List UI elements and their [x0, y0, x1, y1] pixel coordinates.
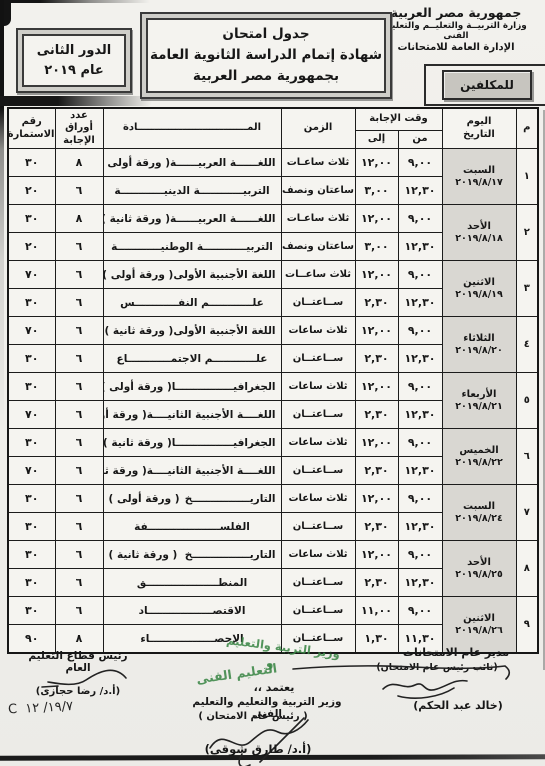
- answer-sheets-cell: ٦: [55, 345, 103, 373]
- form-number-cell: ٣٠: [8, 541, 55, 569]
- day-date: ٢٠١٩/٨/٢١: [443, 401, 516, 412]
- serial-cell: ٨: [516, 541, 538, 597]
- serial-cell: ٦: [516, 429, 538, 485]
- answer-sheets-cell: ٦: [55, 457, 103, 485]
- day-name: الأربعاء: [443, 389, 516, 400]
- time-from-cell: ١٢,٣٠: [398, 345, 442, 373]
- time-to-cell: ٣,٠٠: [355, 233, 398, 261]
- subject-line: اللغــــة الأجنبية الثانيــــة( ورقة أول…: [104, 409, 281, 421]
- subject-cell: اللغة الأجنبية الأولى( ورقة ثانية ): [103, 317, 281, 345]
- form-number-cell: ٣٠: [8, 569, 55, 597]
- time-from-cell: ٩,٠٠: [398, 541, 442, 569]
- subject-note: ( ورقة أولى ): [103, 157, 170, 169]
- answer-sheets-cell: ٦: [55, 401, 103, 429]
- subject-line: اللغة الأجنبية الأولى( ورقة أولى ): [104, 269, 281, 281]
- day-name: الاثنين: [443, 277, 516, 288]
- subject-note: ( ورقة ثانية ): [109, 549, 178, 561]
- subject-line: التاريــــــــــــــــخ( ورقة ثانية ): [104, 549, 281, 561]
- subject-cell: التربيــــــــــــة الدينيــــــــــــة: [103, 177, 281, 205]
- duration-cell: ثلاث ساعات: [281, 541, 355, 569]
- duration-cell: ثلاث ساعـات: [281, 205, 355, 233]
- subject-note: ( ورقة ثانية ): [103, 437, 172, 449]
- exam-title-box-inner: جدول امتحان شهادة إتمام الدراسة الثانوية…: [146, 18, 386, 93]
- subject-note: ( ورقة ثانية ): [104, 325, 173, 337]
- exam-day-row: ٢الأحد٢٠١٩/٨/١٨٩,٠٠١٢,٠٠ثلاث ساعـاتاللغـ…: [8, 205, 538, 233]
- exam-day-row: ٥الأربعاء٢٠١٩/٨/٢١٩,٠٠١٢,٠٠ثلاث ساعاتالج…: [8, 373, 538, 401]
- form-number-cell: ٩٠: [8, 625, 55, 654]
- day-date-cell: الاثنين٢٠١٩/٨/٢٦: [442, 597, 516, 654]
- day-name: السبت: [443, 501, 516, 512]
- duration-cell: ســاعتــان: [281, 597, 355, 625]
- exam-schedule-table: م اليوم التاريخ وقت الإجابة الزمن المـــ…: [7, 107, 539, 654]
- subject-line: التاريــــــــــــــــخ( ورقة أولى ): [104, 493, 281, 505]
- subject-name: التاريــــــــــــــــخ: [185, 549, 276, 561]
- exam-title-line1: جدول امتحان: [148, 24, 384, 45]
- subject-note: ( ورقة ثانية ): [103, 465, 147, 477]
- duration-cell: ثلاث ساعــات: [281, 261, 355, 289]
- time-from-cell: ١٢,٣٠: [398, 289, 442, 317]
- answer-sheets-cell: ٨: [55, 205, 103, 233]
- ministry-heading: جمهورية مصر العربية وزارة التربيــة والت…: [372, 5, 540, 53]
- exam-day-row: ٤الثلاثاء٢٠١٩/٨/٢٠٩,٠٠١٢,٠٠ثلاث ساعاتالل…: [8, 317, 538, 345]
- time-to-cell: ١١,٠٠: [355, 597, 398, 625]
- answer-sheets-cell: ٦: [55, 569, 103, 597]
- duration-cell: ساعتان ونصف: [281, 233, 355, 261]
- document-page: جمهورية مصر العربية وزارة التربيــة والت…: [0, 0, 545, 766]
- subject-cell: التاريــــــــــــــــخ( ورقة أولى ): [103, 485, 281, 513]
- day-name: السبت: [443, 165, 516, 176]
- answer-sheets-cell: ٦: [55, 541, 103, 569]
- form-number-cell: ٣٠: [8, 289, 55, 317]
- duration-cell: ســاعتــان: [281, 513, 355, 541]
- day-date: ٢٠١٩/٨/١٧: [443, 177, 516, 188]
- time-from-cell: ١٢,٣٠: [398, 457, 442, 485]
- form-number-cell: ٣٠: [8, 373, 55, 401]
- answer-sheets-cell: ٦: [55, 373, 103, 401]
- time-from-cell: ١٢,٣٠: [398, 177, 442, 205]
- time-to-cell: ٢,٣٠: [355, 513, 398, 541]
- duration-cell: ثلاث ساعات: [281, 373, 355, 401]
- time-to-cell: ٢,٣٠: [355, 401, 398, 429]
- time-from-cell: ٩,٠٠: [398, 261, 442, 289]
- day-date-cell: الأحد٢٠١٩/٨/٢٥: [442, 541, 516, 597]
- serial-cell: ٣: [516, 261, 538, 317]
- time-to-cell: ٢,٣٠: [355, 569, 398, 597]
- day-name: الاثنين: [443, 613, 516, 624]
- subject-name: التربيــــــــــــة الوطنيــــــــــــة: [111, 241, 273, 253]
- subject-cell: الفلســــــــــــــــــــفة: [103, 513, 281, 541]
- exam-day-row: ٣الاثنين٢٠١٩/٨/١٩٩,٠٠١٢,٠٠ثلاث ساعــاتال…: [8, 261, 538, 289]
- header-duration: الزمن: [281, 108, 355, 149]
- subject-note: ( ورقة أولى ): [103, 269, 173, 281]
- header-time-from: من: [398, 131, 442, 149]
- subject-line: اللغــــة الأجنبية الثانيــــة( ورقة ثان…: [104, 465, 281, 477]
- exams-director-name: (خالد عبد الحكم): [406, 699, 510, 712]
- form-number-cell: ٣٠: [8, 485, 55, 513]
- day-name: الثلاثاء: [443, 333, 516, 344]
- serial-cell: ٩: [516, 597, 538, 654]
- subject-name: الجغرافيــــــــــــــــا: [172, 437, 276, 449]
- header-answer-sheets: عدد أوراق الإجابة: [55, 108, 103, 149]
- exam-title-box: جدول امتحان شهادة إتمام الدراسة الثانوية…: [140, 12, 392, 99]
- duration-cell: ســاعتــان: [281, 289, 355, 317]
- subject-cell: المنطــــــــــــــــــــق: [103, 569, 281, 597]
- form-number-cell: ٣٠: [8, 345, 55, 373]
- subject-name: التربيــــــــــــة الدينيــــــــــــة: [114, 185, 269, 197]
- subject-name: الفلســــــــــــــــــــفة: [134, 521, 250, 533]
- answer-sheets-cell: ٦: [55, 485, 103, 513]
- subject-name: اللغــــــة العربيــــــة: [170, 213, 275, 225]
- time-to-cell: ١٢,٠٠: [355, 429, 398, 457]
- time-from-cell: ١٢,٣٠: [398, 233, 442, 261]
- exam-title-line2: شهادة إتمام الدراسة الثانوية العامة: [148, 45, 384, 66]
- subject-line: المنطــــــــــــــــــــق: [104, 577, 281, 589]
- serial-cell: ٧: [516, 485, 538, 541]
- duration-cell: ســاعتــان: [281, 569, 355, 597]
- subject-name: علــــــــــــم الاجتمــــــــــــاع: [117, 353, 268, 365]
- exam-table-body: ١السبت٢٠١٩/٨/١٧٩,٠٠١٢,٠٠ثلاث ساعـاتاللغـ…: [8, 149, 538, 654]
- handwritten-date: C ١٩/٧/ ١٢: [8, 696, 139, 718]
- header-subject: المــــــــــــــــــــــــــــــــادة: [103, 108, 281, 149]
- time-to-cell: ١٢,٠٠: [355, 317, 398, 345]
- subject-note: ( ورقة أولى ): [103, 381, 172, 393]
- administration-name: الإدارة العامة للامتحانات: [372, 42, 540, 53]
- day-date: ٢٠١٩/٨/٢٥: [443, 569, 516, 580]
- form-number-cell: ٣٠: [8, 597, 55, 625]
- answer-sheets-cell: ٦: [55, 261, 103, 289]
- duration-cell: ثلاث ساعات: [281, 485, 355, 513]
- scan-top-edge: [0, 0, 150, 3]
- subject-cell: اللغــــة الأجنبية الثانيــــة( ورقة ثان…: [103, 457, 281, 485]
- subject-note: ( ورقة ثانية ): [103, 213, 170, 225]
- subject-cell: علــــــــــــم الاجتمــــــــــــاع: [103, 345, 281, 373]
- round-box-inner: الدور الثانى عام ٢٠١٩: [22, 34, 126, 87]
- form-number-cell: ٧٠: [8, 457, 55, 485]
- time-to-cell: ٣,٠٠: [355, 177, 398, 205]
- subject-cell: اللغــــــة العربيــــــة( ورقة ثانية ): [103, 205, 281, 233]
- subject-cell: اللغــــة الأجنبية الثانيــــة( ورقة أول…: [103, 401, 281, 429]
- day-date-cell: الثلاثاء٢٠١٩/٨/٢٠: [442, 317, 516, 373]
- subject-line: التربيــــــــــــة الوطنيــــــــــــة: [104, 241, 281, 253]
- minister-signature: [202, 714, 342, 764]
- header-answer-time: وقت الإجابة: [355, 108, 442, 131]
- form-number-cell: ٧٠: [8, 317, 55, 345]
- subject-note: ( ورقة أولى ): [103, 409, 147, 421]
- round-line1: الدور الثانى: [24, 41, 124, 61]
- subject-line: علــــــــــــم النفــــــــــــس: [104, 297, 281, 309]
- republic-name: جمهورية مصر العربية: [372, 5, 540, 20]
- form-number-cell: ٣٠: [8, 205, 55, 233]
- header-form-number: رقم الاستمارة: [8, 108, 55, 149]
- form-number-cell: ٣٠: [8, 149, 55, 177]
- answer-sheets-cell: ٨: [55, 149, 103, 177]
- form-number-cell: ٧٠: [8, 401, 55, 429]
- day-date-cell: الاثنين٢٠١٩/٨/١٩: [442, 261, 516, 317]
- day-date-cell: الأحد٢٠١٩/٨/١٨: [442, 205, 516, 261]
- day-date: ٢٠١٩/٨/٢٠: [443, 345, 516, 356]
- serial-cell: ١: [516, 149, 538, 205]
- subject-name: اللغــــة الأجنبية الثانيــــة: [147, 409, 276, 421]
- duration-cell: ســاعتــان: [281, 345, 355, 373]
- time-from-cell: ١٢,٣٠: [398, 401, 442, 429]
- time-from-cell: ٩,٠٠: [398, 317, 442, 345]
- subject-name: اللغــــة الأجنبية الثانيــــة: [147, 465, 276, 477]
- ministry-name: وزارة التربيــة والتعليــم والتعليم الفن…: [372, 21, 540, 41]
- day-date-cell: السبت٢٠١٩/٨/٢٤: [442, 485, 516, 541]
- answer-sheets-cell: ٦: [55, 317, 103, 345]
- form-number-cell: ٢٠: [8, 233, 55, 261]
- time-to-cell: ٢,٣٠: [355, 457, 398, 485]
- subject-name: الجغرافيــــــــــــــــا: [172, 381, 276, 393]
- round-box: الدور الثانى عام ٢٠١٩: [16, 28, 132, 93]
- subject-name: اللغة الأجنبية الأولى: [173, 325, 275, 337]
- header-serial: م: [516, 108, 538, 149]
- time-to-cell: ١٢,٠٠: [355, 373, 398, 401]
- subject-name: علــــــــــــم النفــــــــــــس: [120, 297, 264, 309]
- table-header: م اليوم التاريخ وقت الإجابة الزمن المـــ…: [8, 108, 538, 149]
- subject-line: الجغرافيــــــــــــــــا( ورقة ثانية ): [104, 437, 281, 449]
- subject-cell: التربيــــــــــــة الوطنيــــــــــــة: [103, 233, 281, 261]
- serial-cell: ٥: [516, 373, 538, 429]
- assignees-label: للمكلفين: [442, 70, 532, 100]
- day-date: ٢٠١٩/٨/٢٦: [443, 625, 516, 636]
- approval-label: يعتمد ،،: [244, 681, 304, 694]
- time-to-cell: ١٢,٠٠: [355, 261, 398, 289]
- subject-cell: الجغرافيــــــــــــــــا( ورقة أولى ): [103, 373, 281, 401]
- scan-shadow-band: [0, 96, 152, 106]
- minister-name: (أ.د/ طارق شوقى): [198, 742, 318, 756]
- time-from-cell: ٩,٠٠: [398, 373, 442, 401]
- subject-name: الاقتصــــــــــــــــــاد: [139, 605, 246, 617]
- exam-title-line3: بجمهورية مصر العربية: [148, 66, 384, 87]
- duration-cell: ثلاث ساعات: [281, 429, 355, 457]
- round-line2: عام ٢٠١٩: [24, 61, 124, 81]
- subject-line: التربيــــــــــــة الدينيــــــــــــة: [104, 185, 281, 197]
- form-number-cell: ٢٠: [8, 177, 55, 205]
- subject-line: الجغرافيــــــــــــــــا( ورقة أولى ): [104, 381, 281, 393]
- subject-line: اللغــــــة العربيــــــة( ورقة ثانية ): [104, 213, 281, 225]
- day-date-cell: الخميس٢٠١٩/٨/٢٢: [442, 429, 516, 485]
- form-number-cell: ٣٠: [8, 429, 55, 457]
- subject-cell: اللغــــــة العربيــــــة( ورقة أولى ): [103, 149, 281, 177]
- time-to-cell: ١٢,٠٠: [355, 485, 398, 513]
- serial-cell: ٢: [516, 205, 538, 261]
- duration-cell: ثلاث ساعـات: [281, 149, 355, 177]
- answer-sheets-cell: ٦: [55, 597, 103, 625]
- day-name: الأحد: [443, 557, 516, 568]
- answer-sheets-cell: ٦: [55, 177, 103, 205]
- time-to-cell: ١,٣٠: [355, 625, 398, 654]
- subject-name: اللغة الأجنبية الأولى: [173, 269, 275, 281]
- time-to-cell: ٢,٣٠: [355, 345, 398, 373]
- day-date: ٢٠١٩/٨/٢٤: [443, 513, 516, 524]
- time-to-cell: ١٢,٠٠: [355, 205, 398, 233]
- duration-cell: ســاعتــان: [281, 457, 355, 485]
- time-to-cell: ١٢,٠٠: [355, 149, 398, 177]
- header-time-to: إلى: [355, 131, 398, 149]
- day-date: ٢٠١٩/٨/١٨: [443, 233, 516, 244]
- subject-line: الاقتصــــــــــــــــــاد: [104, 605, 281, 617]
- serial-cell: ٤: [516, 317, 538, 373]
- exam-day-row: ٨الأحد٢٠١٩/٨/٢٥٩,٠٠١٢,٠٠ثلاث ساعاتالتاري…: [8, 541, 538, 569]
- day-date-cell: السبت٢٠١٩/٨/١٧: [442, 149, 516, 205]
- subject-note: ( ورقة أولى ): [109, 493, 180, 505]
- subject-cell: الاقتصــــــــــــــــــاد: [103, 597, 281, 625]
- subject-line: علــــــــــــم الاجتمــــــــــــاع: [104, 353, 281, 365]
- duration-cell: ساعتان ونصف: [281, 177, 355, 205]
- answer-sheets-cell: ٦: [55, 289, 103, 317]
- subject-cell: علــــــــــــم النفــــــــــــس: [103, 289, 281, 317]
- subject-cell: الجغرافيــــــــــــــــا( ورقة ثانية ): [103, 429, 281, 457]
- time-from-cell: ١٢,٣٠: [398, 569, 442, 597]
- subject-cell: التاريــــــــــــــــخ( ورقة ثانية ): [103, 541, 281, 569]
- subject-line: اللغــــــة العربيــــــة( ورقة أولى ): [104, 157, 281, 169]
- subject-cell: اللغة الأجنبية الأولى( ورقة أولى ): [103, 261, 281, 289]
- education-head-signature: [30, 662, 130, 688]
- time-from-cell: ٩,٠٠: [398, 149, 442, 177]
- subject-name: التاريــــــــــــــــخ: [185, 493, 276, 505]
- subject-name: المنطــــــــــــــــــــق: [137, 577, 247, 589]
- education-head-name: (أ.د/ رضا حجازى): [22, 686, 134, 697]
- answer-sheets-cell: ٦: [55, 233, 103, 261]
- time-from-cell: ٩,٠٠: [398, 205, 442, 233]
- time-to-cell: ١٢,٠٠: [355, 541, 398, 569]
- time-from-cell: ٩,٠٠: [398, 429, 442, 457]
- duration-cell: ثلاث ساعات: [281, 317, 355, 345]
- duration-cell: ســاعتــان: [281, 401, 355, 429]
- form-number-cell: ٧٠: [8, 261, 55, 289]
- day-name: الأحد: [443, 221, 516, 232]
- time-from-cell: ٩,٠٠: [398, 597, 442, 625]
- day-name: الخميس: [443, 445, 516, 456]
- subject-name: اللغــــــة العربيــــــة: [170, 157, 275, 169]
- form-number-cell: ٣٠: [8, 513, 55, 541]
- answer-sheets-cell: ٨: [55, 625, 103, 654]
- exam-day-row: ١السبت٢٠١٩/٨/١٧٩,٠٠١٢,٠٠ثلاث ساعـاتاللغـ…: [8, 149, 538, 177]
- exam-day-row: ٩الاثنين٢٠١٩/٨/٢٦٩,٠٠١١,٠٠ســاعتــانالاق…: [8, 597, 538, 625]
- day-date: ٢٠١٩/٨/١٩: [443, 289, 516, 300]
- time-from-cell: ٩,٠٠: [398, 485, 442, 513]
- answer-sheets-cell: ٦: [55, 513, 103, 541]
- answer-sheets-cell: ٦: [55, 429, 103, 457]
- header-day-date: اليوم التاريخ: [442, 108, 516, 149]
- exam-day-row: ٦الخميس٢٠١٩/٨/٢٢٩,٠٠١٢,٠٠ثلاث ساعاتالجغر…: [8, 429, 538, 457]
- day-date: ٢٠١٩/٨/٢٢: [443, 457, 516, 468]
- time-from-cell: ١٢,٣٠: [398, 513, 442, 541]
- time-to-cell: ٢,٣٠: [355, 289, 398, 317]
- subject-line: الفلســــــــــــــــــــفة: [104, 521, 281, 533]
- day-date-cell: الأربعاء٢٠١٩/٨/٢١: [442, 373, 516, 429]
- scan-left-edge: [0, 0, 4, 430]
- subject-line: اللغة الأجنبية الأولى( ورقة ثانية ): [104, 325, 281, 337]
- exam-day-row: ٧السبت٢٠١٩/٨/٢٤٩,٠٠١٢,٠٠ثلاث ساعاتالتاري…: [8, 485, 538, 513]
